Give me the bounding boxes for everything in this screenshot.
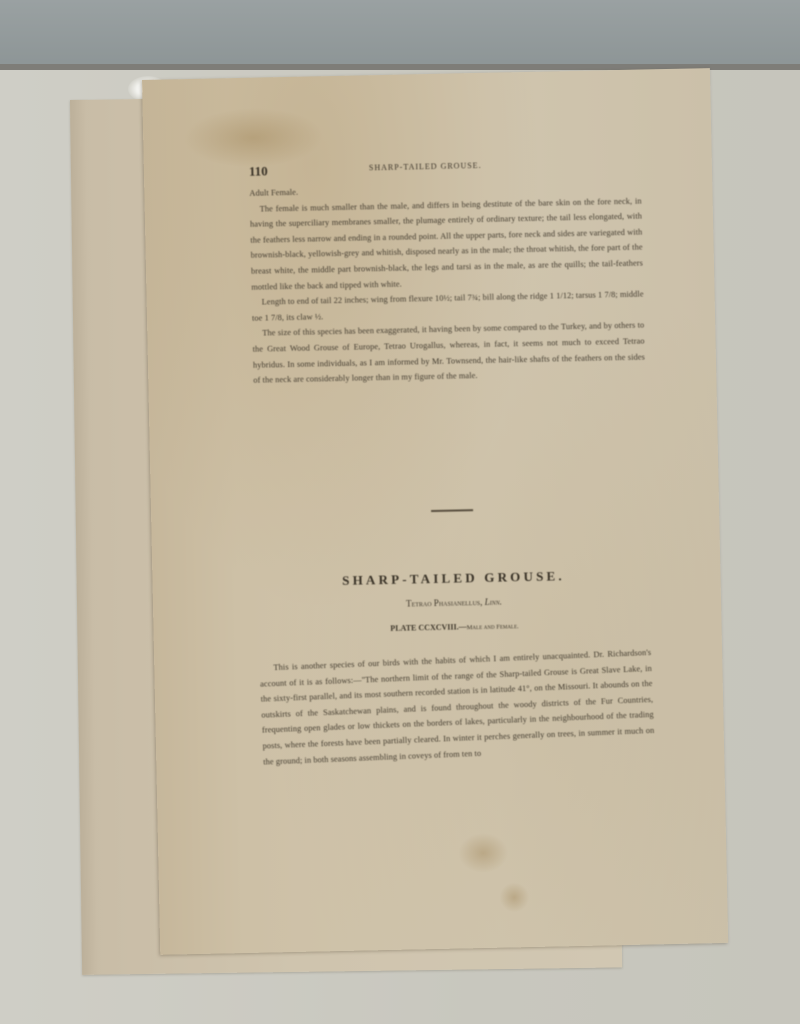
adult-female-section: Adult Female. The female is much smaller… bbox=[249, 178, 645, 389]
latin-name-line: Tetrao Phasianellus, Linn. bbox=[258, 593, 650, 611]
latin-name: Tetrao Phasianellus, bbox=[406, 597, 483, 609]
plate-label: PLATE CCXCVIII.— bbox=[390, 622, 466, 633]
background-wall bbox=[0, 0, 800, 68]
plate-line: PLATE CCXCVIII.—Male and Female. bbox=[258, 618, 650, 635]
paper-stain bbox=[458, 833, 509, 874]
paper-stain bbox=[183, 106, 324, 169]
running-head-title: SHARP-TAILED GROUSE. bbox=[369, 161, 482, 172]
section-divider bbox=[431, 509, 473, 512]
paragraph: The size of this species has been exagge… bbox=[252, 318, 645, 389]
paper-stain bbox=[499, 882, 530, 913]
paragraph: The female is much smaller than the male… bbox=[250, 193, 644, 295]
running-head: 110 SHARP-TAILED GROUSE. bbox=[249, 156, 641, 180]
paragraph: This is another species of our birds wit… bbox=[259, 645, 655, 770]
section-title: SHARP-TAILED GROUSE. bbox=[257, 566, 649, 590]
plate-subject: Male and Female. bbox=[467, 623, 519, 631]
page-number: 110 bbox=[249, 163, 268, 179]
front-page: 110 SHARP-TAILED GROUSE. Adult Female. T… bbox=[142, 68, 728, 955]
authority: Linn. bbox=[485, 597, 502, 607]
species-description: This is another species of our birds wit… bbox=[259, 645, 655, 770]
